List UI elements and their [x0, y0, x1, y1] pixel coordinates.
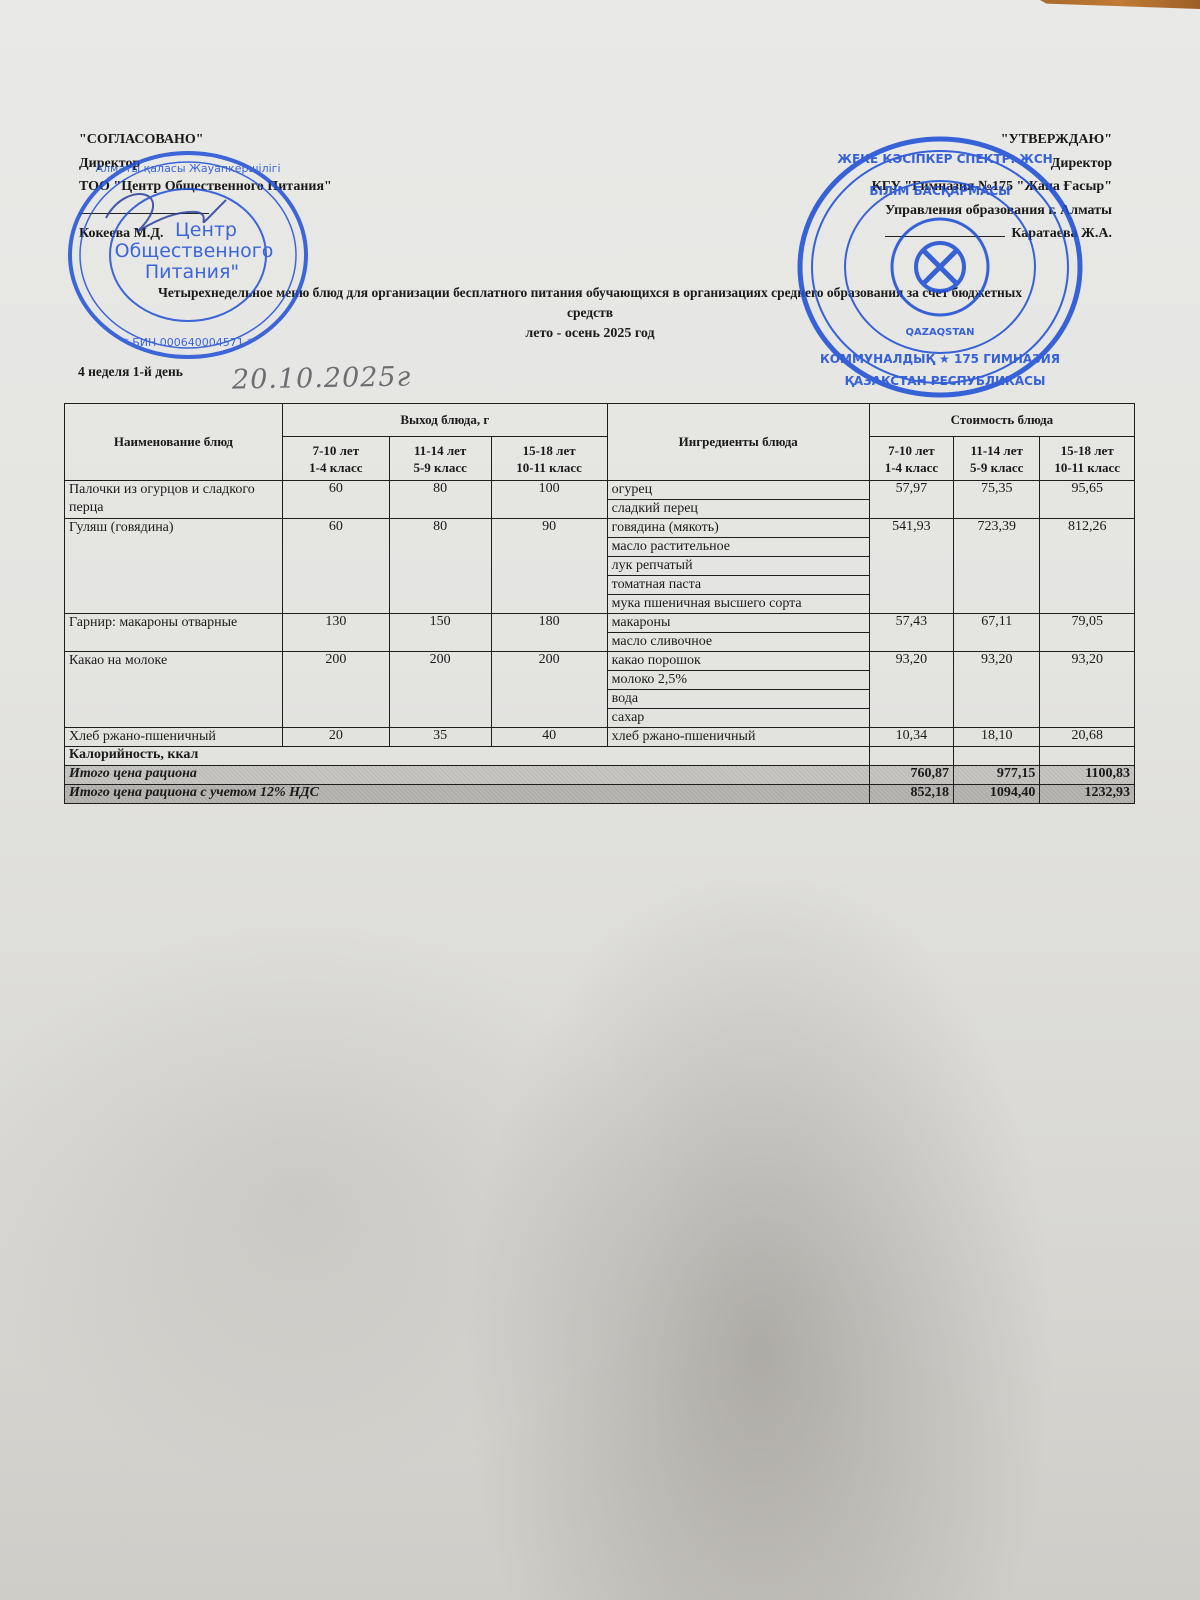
- total-value: 1100,83: [1040, 766, 1135, 785]
- dish-yield: 60: [282, 481, 389, 519]
- ingredient: масло растительное: [607, 538, 869, 557]
- approval-right-department: Управления образования г. Алматы: [872, 199, 1112, 223]
- dish-yield: 200: [491, 652, 607, 728]
- table-row: Гуляш (говядина)608090говядина (мякоть)5…: [65, 519, 1135, 538]
- dish-cost: 79,05: [1040, 614, 1135, 652]
- total-vat-label: Итого цена рациона с учетом 12% НДС: [65, 785, 870, 804]
- dish-yield: 130: [282, 614, 389, 652]
- dish-cost: 541,93: [869, 519, 953, 614]
- calories-value: [954, 747, 1040, 766]
- svg-text:ҚАЗАҚСТАН РЕСПУБЛИКАСЫ: ҚАЗАҚСТАН РЕСПУБЛИКАСЫ: [845, 374, 1046, 388]
- approval-right-heading: "УТВЕРЖДАЮ": [872, 128, 1112, 152]
- ingredient: говядина (мякоть): [607, 519, 869, 538]
- dish-yield: 20: [282, 728, 389, 747]
- dish-yield: 35: [389, 728, 491, 747]
- dish-cost: 812,26: [1040, 519, 1135, 614]
- dish-yield: 80: [389, 481, 491, 519]
- ingredient: мука пшеничная высшего сорта: [607, 595, 869, 614]
- calories-row: Калорийность, ккал: [65, 747, 1135, 766]
- title-line-1: Четырехнедельное меню блюд для организац…: [60, 283, 1120, 303]
- header-cost-age-1: 7-10 лет1-4 класс: [869, 437, 953, 481]
- dish-yield: 180: [491, 614, 607, 652]
- ingredient: макароны: [607, 614, 869, 633]
- dish-rows: Палочки из огурцов и сладкого перца60801…: [65, 481, 1135, 747]
- signature-line-left: [79, 199, 332, 223]
- total-vat-value: 1094,40: [954, 785, 1040, 804]
- ingredient: молоко 2,5%: [607, 671, 869, 690]
- header-yield-age-1: 7-10 лет1-4 класс: [282, 437, 389, 481]
- approval-right-position: Директор: [872, 152, 1112, 176]
- dish-cost: 75,35: [954, 481, 1040, 519]
- dish-name: Гуляш (говядина): [65, 519, 283, 614]
- header-yield-age-2: 11-14 лет5-9 класс: [389, 437, 491, 481]
- approval-left-position: Директор: [79, 152, 332, 176]
- season-label: лето - осень 2025 год: [60, 326, 1120, 342]
- total-value: 760,87: [869, 766, 953, 785]
- dish-cost: 57,43: [869, 614, 953, 652]
- dish-yield: 200: [389, 652, 491, 728]
- dish-cost: 18,10: [954, 728, 1040, 747]
- approval-left-block: "СОГЛАСОВАНО" Директор ТОО "Центр Общест…: [79, 128, 332, 246]
- approval-right-signatory: Каратаева Ж.А.: [1011, 226, 1112, 241]
- header-cost: Стоимость блюда: [869, 404, 1134, 437]
- dish-yield: 90: [491, 519, 607, 614]
- table-row: Хлеб ржано-пшеничный203540хлеб ржано-пше…: [65, 728, 1135, 747]
- dish-yield: 80: [389, 519, 491, 614]
- ingredient: хлеб ржано-пшеничный: [607, 728, 869, 747]
- header-cost-age-3: 15-18 лет10-11 класс: [1040, 437, 1135, 481]
- calories-value: [869, 747, 953, 766]
- dish-cost: 723,39: [954, 519, 1040, 614]
- ingredient: сладкий перец: [607, 500, 869, 519]
- dish-yield: 60: [282, 519, 389, 614]
- dish-yield: 150: [389, 614, 491, 652]
- header-ingredients: Ингредиенты блюда: [607, 404, 869, 481]
- dish-cost: 93,20: [869, 652, 953, 728]
- dish-cost: 20,68: [1040, 728, 1135, 747]
- ingredient: томатная паста: [607, 576, 869, 595]
- title-line-2: средств: [60, 303, 1120, 323]
- dish-name: Хлеб ржано-пшеничный: [65, 728, 283, 747]
- dish-name: Палочки из огурцов и сладкого перца: [65, 481, 283, 519]
- menu-table: Наименование блюд Выход блюда, г Ингреди…: [64, 403, 1135, 804]
- table-row: Какао на молоке200200200какао порошок93,…: [65, 652, 1135, 671]
- approval-right-block: "УТВЕРЖДАЮ" Директор КГУ "Гимназия №175 …: [872, 128, 1112, 246]
- header-dish-name: Наименование блюд: [65, 404, 283, 481]
- total-vat-value: 852,18: [869, 785, 953, 804]
- dish-name: Гарнир: макароны отварные: [65, 614, 283, 652]
- handwritten-date: 20.10.2025г: [232, 361, 412, 395]
- week-day-label: 4 неделя 1-й день: [78, 364, 183, 380]
- header-yield: Выход блюда, г: [282, 404, 607, 437]
- document-title: Четырехнедельное меню блюд для организац…: [60, 283, 1120, 323]
- calories-label: Калорийность, ккал: [65, 747, 870, 766]
- approval-right-signatory-line: Каратаева Ж.А.: [872, 222, 1112, 246]
- ingredient: сахар: [607, 709, 869, 728]
- ingredient: лук репчатый: [607, 557, 869, 576]
- total-vat-value: 1232,93: [1040, 785, 1135, 804]
- dish-yield: 100: [491, 481, 607, 519]
- dish-cost: 93,20: [1040, 652, 1135, 728]
- approval-right-organization: КГУ "Гимназия №175 "Жаңа Ғасыр": [872, 175, 1112, 199]
- total-value: 977,15: [954, 766, 1040, 785]
- dish-yield: 200: [282, 652, 389, 728]
- table-row: Палочки из огурцов и сладкого перца60801…: [65, 481, 1135, 500]
- dish-name: Какао на молоке: [65, 652, 283, 728]
- header-cost-age-2: 11-14 лет5-9 класс: [954, 437, 1040, 481]
- desk-edge: [1040, 0, 1200, 9]
- ingredient: масло сливочное: [607, 633, 869, 652]
- total-row: Итого цена рациона 760,87 977,15 1100,83: [65, 766, 1135, 785]
- dish-cost: 95,65: [1040, 481, 1135, 519]
- ingredient: огурец: [607, 481, 869, 500]
- calories-value: [1040, 747, 1135, 766]
- approval-left-signatory: Кокеева М.Д.: [79, 222, 332, 246]
- ingredient: какао порошок: [607, 652, 869, 671]
- dish-cost: 57,97: [869, 481, 953, 519]
- dish-cost: 67,11: [954, 614, 1040, 652]
- approval-left-heading: "СОГЛАСОВАНО": [79, 128, 332, 152]
- svg-text:КОММУНАЛДЫҚ ★ 175 ГИМНАЗИЯ: КОММУНАЛДЫҚ ★ 175 ГИМНАЗИЯ: [820, 352, 1060, 366]
- dish-cost: 93,20: [954, 652, 1040, 728]
- dish-cost: 10,34: [869, 728, 953, 747]
- svg-text:Питания": Питания": [145, 261, 239, 283]
- table-row: Гарнир: макароны отварные130150180макаро…: [65, 614, 1135, 633]
- total-label: Итого цена рациона: [65, 766, 870, 785]
- header-yield-age-3: 15-18 лет10-11 класс: [491, 437, 607, 481]
- ingredient: вода: [607, 690, 869, 709]
- dish-yield: 40: [491, 728, 607, 747]
- total-vat-row: Итого цена рациона с учетом 12% НДС 852,…: [65, 785, 1135, 804]
- approval-left-organization: ТОО "Центр Общественного Питания": [79, 175, 332, 199]
